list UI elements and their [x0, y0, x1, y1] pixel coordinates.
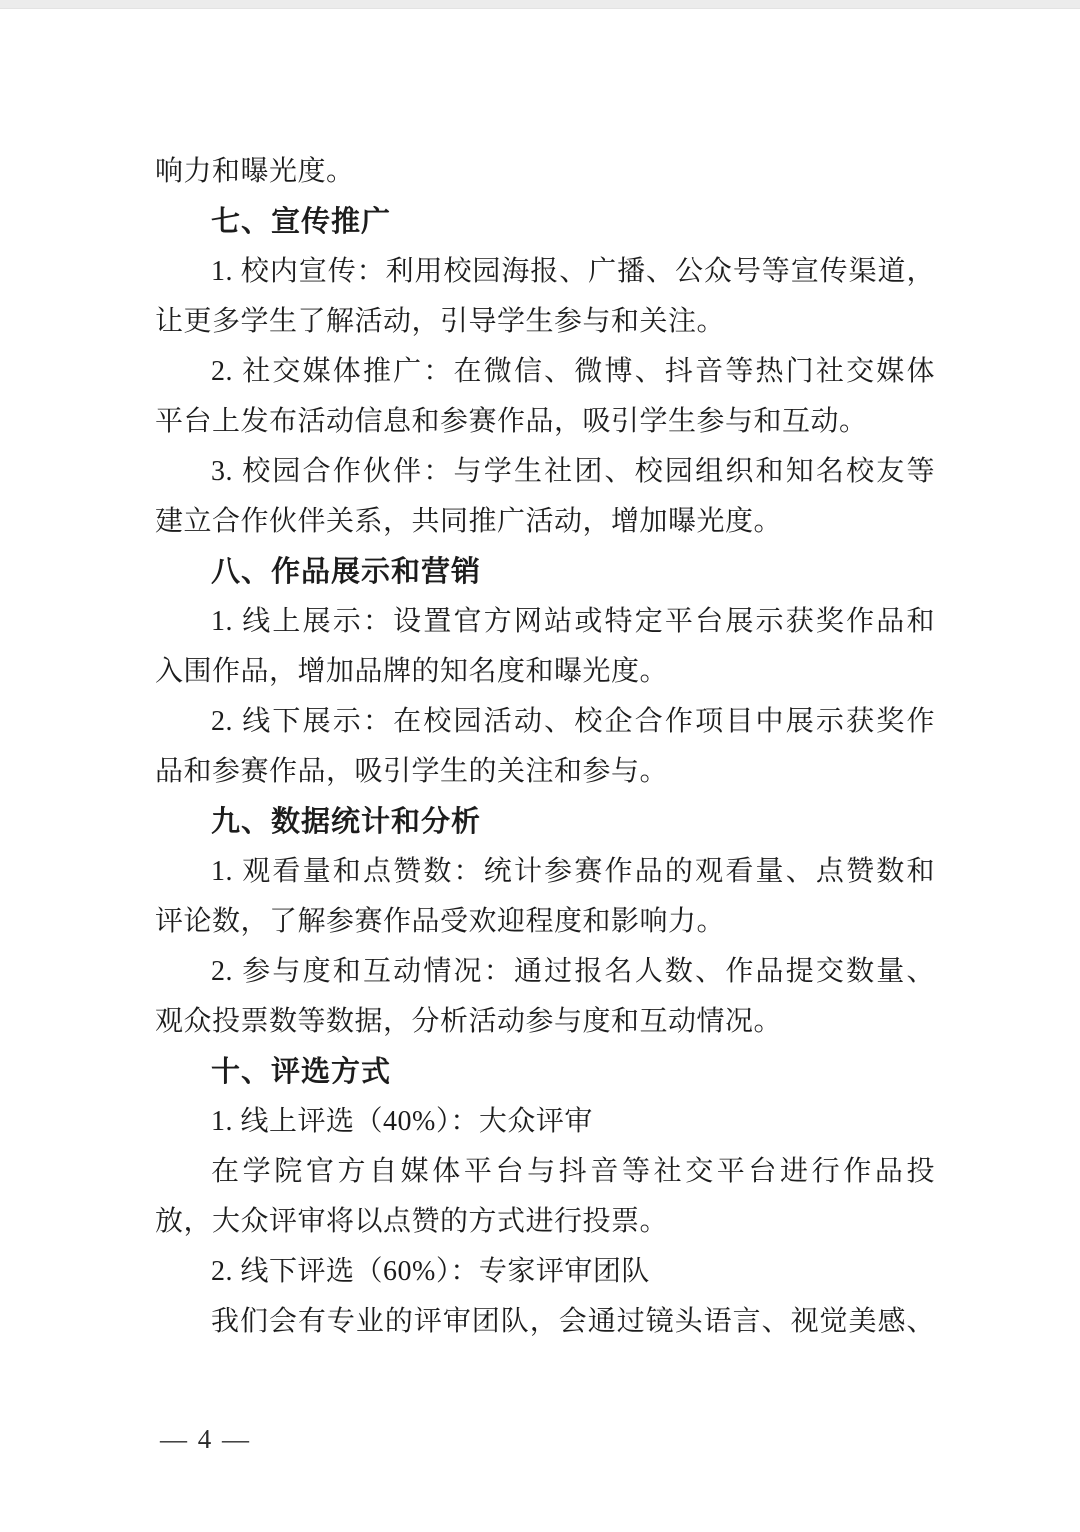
- document-line: 观众投票数等数据，分析活动参与度和互动情况。: [155, 997, 935, 1047]
- page-number: — 4 —: [160, 1424, 251, 1455]
- document-line: 1. 线上评选（40%）：大众评审: [155, 1097, 935, 1147]
- document-line: 评论数，了解参赛作品受欢迎程度和影响力。: [155, 897, 935, 947]
- document-line: 放，大众评审将以点赞的方式进行投票。: [155, 1197, 935, 1247]
- document-line: 2. 线下评选（60%）：专家评审团队: [155, 1247, 935, 1297]
- document-line: 响力和曝光度。: [155, 147, 935, 197]
- document-line: 1. 观看量和点赞数：统计参赛作品的观看量、点赞数和: [155, 847, 935, 897]
- document-line: 入围作品，增加品牌的知名度和曝光度。: [155, 647, 935, 697]
- document-line: 2. 社交媒体推广：在微信、微博、抖音等热门社交媒体: [155, 347, 935, 397]
- document-line: 九、数据统计和分析: [155, 797, 935, 847]
- document-line: 七、宣传推广: [155, 197, 935, 247]
- document-line: 1. 线上展示：设置官方网站或特定平台展示获奖作品和: [155, 597, 935, 647]
- document-line: 3. 校园合作伙伴：与学生社团、校园组织和知名校友等: [155, 447, 935, 497]
- document-line: 2. 线下展示：在校园活动、校企合作项目中展示获奖作: [155, 697, 935, 747]
- document-line: 十、评选方式: [155, 1047, 935, 1097]
- document-line: 八、作品展示和营销: [155, 547, 935, 597]
- document-line: 建立合作伙伴关系，共同推广活动，增加曝光度。: [155, 497, 935, 547]
- document-line: 我们会有专业的评审团队，会通过镜头语言、视觉美感、: [155, 1297, 935, 1347]
- document-page: 响力和曝光度。七、宣传推广1. 校内宣传：利用校园海报、广播、公众号等宣传渠道，…: [0, 0, 1080, 1532]
- document-line: 让更多学生了解活动，引导学生参与和关注。: [155, 297, 935, 347]
- document-line: 品和参赛作品，吸引学生的关注和参与。: [155, 747, 935, 797]
- document-line: 平台上发布活动信息和参赛作品，吸引学生参与和互动。: [155, 397, 935, 447]
- document-line: 在学院官方自媒体平台与抖音等社交平台进行作品投: [155, 1147, 935, 1197]
- scan-edge-strip: [0, 0, 1080, 9]
- document-line: 1. 校内宣传：利用校园海报、广播、公众号等宣传渠道，: [155, 247, 935, 297]
- document-line: 2. 参与度和互动情况：通过报名人数、作品提交数量、: [155, 947, 935, 997]
- document-body: 响力和曝光度。七、宣传推广1. 校内宣传：利用校园海报、广播、公众号等宣传渠道，…: [155, 147, 935, 1347]
